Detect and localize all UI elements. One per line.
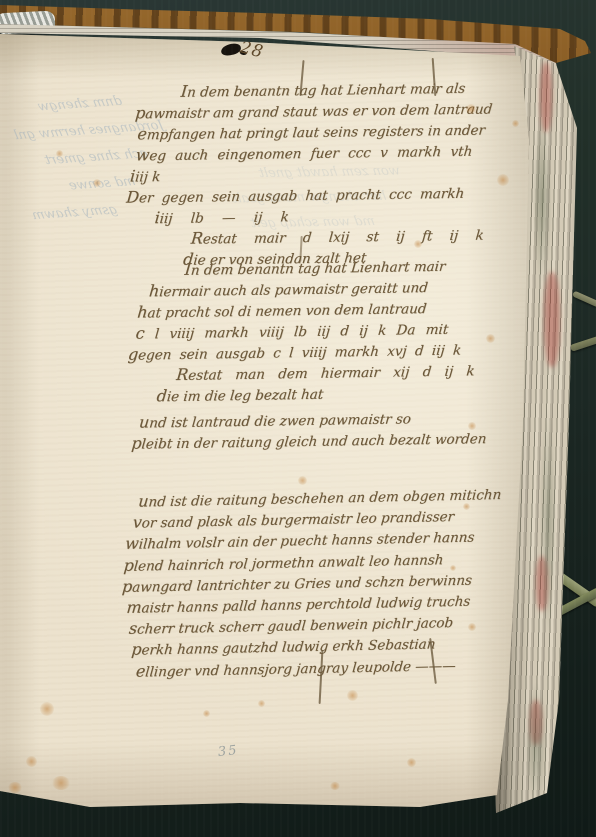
foxing-stain	[450, 565, 456, 571]
closing-block: und ist die raitung beschehen an dem obg…	[116, 484, 505, 683]
foxing-stain	[56, 150, 63, 157]
foxing-stain	[468, 623, 476, 631]
binding-tie-upper	[572, 291, 596, 308]
manuscript-page: dnm zhengw Jordangnes hermw gnl ach zhne…	[0, 0, 596, 837]
foxing-stain	[298, 476, 307, 485]
foxing-stain	[40, 702, 54, 716]
foxing-stain	[486, 334, 495, 343]
foxing-stain	[93, 179, 101, 187]
foxing-stain	[497, 174, 509, 186]
foxing-stain	[347, 690, 358, 701]
entry-block-2: In dem benantn tag hat Lienhart mair hie…	[120, 255, 486, 455]
foxing-stain	[258, 700, 265, 707]
foxing-stain	[26, 756, 37, 767]
edge-stain-red	[544, 272, 560, 367]
foxing-stain	[468, 422, 476, 430]
foxing-stain	[8, 782, 22, 793]
edge-stain-red	[536, 556, 548, 611]
pencil-foliation: 35	[217, 743, 239, 760]
manuscript-line: pleibt in der raitung gleich und auch be…	[122, 428, 487, 455]
manuscript-line: die im die leg bezalt hat	[122, 381, 487, 408]
foxing-stain	[463, 503, 470, 510]
manuscript-photo: dnm zhengw Jordangnes hermw gnl ach zhne…	[0, 0, 596, 837]
edge-stain-red	[530, 700, 542, 745]
foxing-stain	[466, 104, 476, 114]
edge-stain-red	[540, 62, 552, 132]
binding-tie-upper-2	[570, 335, 596, 352]
foxing-stain	[414, 240, 422, 248]
entry-block-1: In dem benantn tag hat Lienhart mair als…	[125, 77, 495, 271]
foxing-stain	[512, 120, 519, 127]
foxing-stain	[330, 782, 340, 790]
folio-number: 28	[238, 37, 266, 62]
foxing-stain	[407, 758, 416, 767]
foxing-stain	[203, 710, 210, 717]
foxing-stain	[52, 776, 70, 790]
